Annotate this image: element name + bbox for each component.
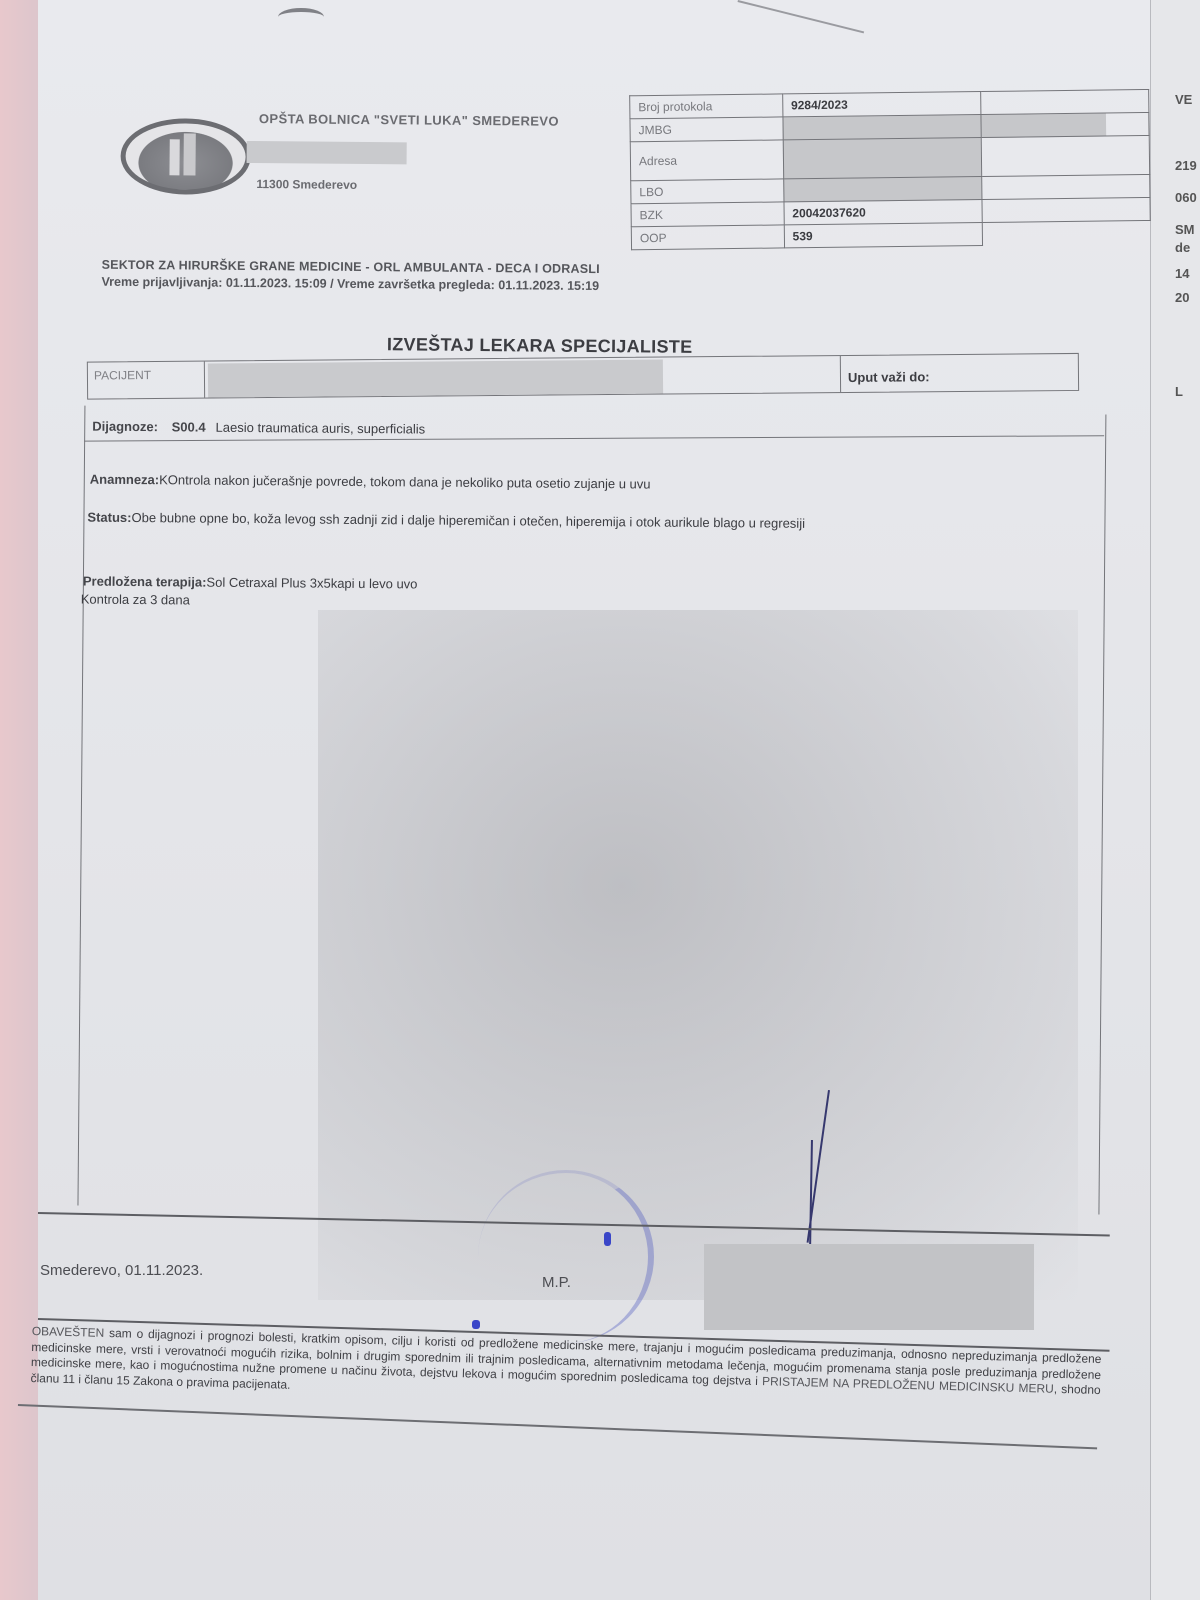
hospital-name: OPŠTA BOLNICA "SVETI LUKA" SMEDEREVO bbox=[259, 111, 559, 129]
protocol-number: 9284/2023 bbox=[782, 92, 980, 117]
info-row-oop: OOP 539 bbox=[631, 220, 1150, 249]
place-date: Smederevo, 01.11.2023. bbox=[40, 1262, 203, 1279]
second-sheet: VE 219 060 SM de 14 20 L bbox=[1150, 0, 1200, 1600]
sector-heading: SEKTOR ZA HIRURŠKE GRANE MEDICINE - ORL … bbox=[102, 258, 600, 276]
info-label: Broj protokola bbox=[630, 94, 783, 119]
therapy-line: Predložena terapija:Sol Cetraxal Plus 3x… bbox=[83, 574, 418, 592]
exam-times: Vreme prijavljivanja: 01.11.2023. 15:09 … bbox=[101, 275, 599, 293]
info-row-address: Adresa bbox=[630, 135, 1149, 180]
address-value bbox=[783, 138, 982, 179]
info-label: LBO bbox=[631, 179, 784, 204]
second-sheet-fragment: 060 bbox=[1175, 190, 1197, 205]
followup-text: Kontrola za 3 dana bbox=[81, 592, 190, 608]
therapy-label: Predložena terapija: bbox=[83, 574, 207, 590]
anamnesis-label: Anamneza: bbox=[90, 472, 159, 488]
stamp-label: M.P. bbox=[542, 1274, 571, 1291]
redacted-patient-name bbox=[208, 360, 663, 398]
lbo-value bbox=[783, 177, 981, 202]
hospital-city: 11300 Smederevo bbox=[256, 177, 357, 192]
hospital-logo-icon bbox=[120, 118, 251, 195]
referral-valid-label: Uput važi do: bbox=[848, 369, 930, 385]
second-sheet-fragment: 14 bbox=[1175, 266, 1189, 281]
document-title: IZVEŠTAJ LEKARA SPECIJALISTE bbox=[387, 334, 693, 358]
info-label: OOP bbox=[631, 225, 784, 250]
info-label: Adresa bbox=[630, 140, 783, 181]
diagnosis-code: S00.4 bbox=[172, 419, 206, 434]
consent-lead: OBAVEŠTEN bbox=[32, 1324, 105, 1340]
second-sheet-fragment: 20 bbox=[1175, 290, 1189, 305]
patient-info-table: Broj protokola 9284/2023 JMBG Adresa LBO bbox=[629, 89, 1151, 250]
report-sheet: OPŠTA BOLNICA "SVETI LUKA" SMEDEREVO 113… bbox=[38, 0, 1150, 1600]
diagnosis-text: Laesio traumatica auris, superficialis bbox=[216, 420, 426, 437]
second-sheet-fragment: 219 bbox=[1175, 158, 1197, 173]
redacted-address bbox=[247, 141, 407, 164]
second-sheet-fragment: VE bbox=[1175, 92, 1192, 107]
redacted-signature bbox=[704, 1244, 1034, 1330]
patient-row: PACIJENT Uput važi do: bbox=[87, 353, 1079, 400]
patient-label: PACIJENT bbox=[94, 368, 151, 382]
second-sheet-fragment: de bbox=[1175, 240, 1190, 255]
diagnosis-label: Dijagnoze: bbox=[92, 419, 158, 435]
oop-value: 539 bbox=[784, 223, 982, 248]
second-sheet-fragment: SM bbox=[1175, 222, 1195, 237]
stamp-mark bbox=[478, 1170, 654, 1343]
bzk-value: 20042037620 bbox=[784, 200, 982, 225]
second-sheet-fragment: L bbox=[1175, 384, 1183, 399]
status-label: Status: bbox=[87, 510, 131, 525]
info-label: JMBG bbox=[630, 117, 783, 142]
diagnosis-line: Dijagnoze: S00.4Laesio traumatica auris,… bbox=[92, 419, 425, 437]
jmbg-value bbox=[783, 115, 981, 140]
info-label: BZK bbox=[631, 202, 784, 227]
therapy-text: Sol Cetraxal Plus 3x5kapi u levo uvo bbox=[206, 575, 417, 592]
